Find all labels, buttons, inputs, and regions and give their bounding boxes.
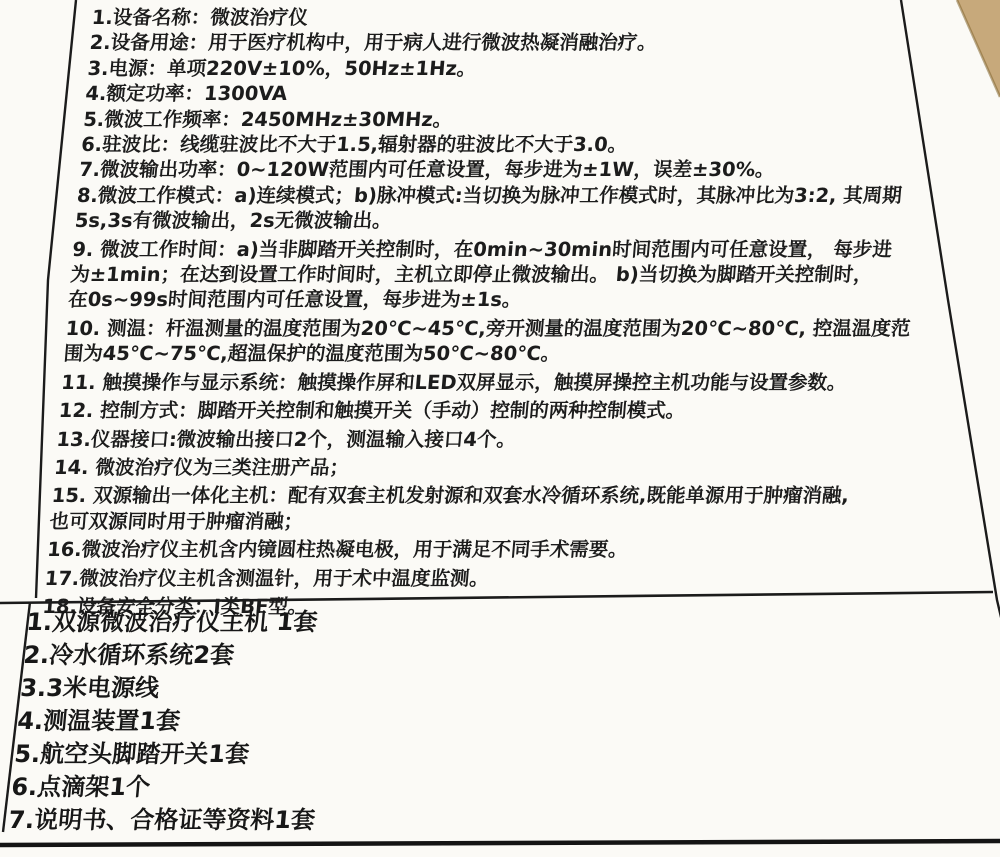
spec-item: 1.设备名称：微波治疗仪 <box>91 5 1000 30</box>
packing-item: 2.冷水循环系统2套 <box>22 639 725 672</box>
packing-item: 6.点滴架1个 <box>10 771 713 804</box>
spec-item: 12. 控制方式：脚踏开关控制和触摸开关（手动）控制的两种控制模式。 <box>58 398 975 423</box>
spec-item: 17.微波治疗仪主机含测温针，用于术中温度监测。 <box>44 566 961 591</box>
packing-item: 7.说明书、合格证等资料1套 <box>7 804 710 837</box>
spec-item: 13.仪器接口:微波输出接口2个，测温输入接口4个。 <box>55 427 972 452</box>
document-page: { "document": { "colors": { "paper": "#f… <box>0 0 1000 857</box>
spec-item: 6.驻波比：线缆驻波比不大于1.5,辐射器的驻波比不大于3.0。 <box>80 132 997 157</box>
spec-item: 15. 双源输出一体化主机：配有双套主机发射源和双套水冷循环系统,既能单源用于肿… <box>49 483 968 534</box>
spec-item: 14. 微波治疗仪为三类注册产品； <box>53 455 970 480</box>
packing-list-section: 1.双源微波治疗仪主机 1套 2.冷水循环系统2套 3.3米电源线 4.测温装置… <box>7 606 728 837</box>
spec-item: 8.微波工作模式：a)连续模式；b)脉冲模式:当切换为脉冲工作模式时，其脉冲比为… <box>74 183 993 234</box>
spec-item: 16.微波治疗仪主机含内镜圆柱热凝电极，用于满足不同手术需要。 <box>46 537 963 562</box>
packing-item: 4.测温装置1套 <box>16 705 719 738</box>
packing-item: 1.双源微波治疗仪主机 1套 <box>25 606 728 639</box>
spec-item: 2.设备用途：用于医疗机构中，用于病人进行微波热凝消融治疗。 <box>89 30 1000 55</box>
spec-item: 5.微波工作频率：2450MHz±30MHz。 <box>82 107 999 132</box>
packing-item: 3.3米电源线 <box>19 672 722 705</box>
spec-item: 10. 测温：杆温测量的温度范围为20℃~45℃,旁开测量的温度范围为20℃~8… <box>63 316 982 367</box>
spec-list-section: 1.设备名称：微波治疗仪 2.设备用途：用于医疗机构中，用于病人进行微波热凝消融… <box>41 5 1000 619</box>
spec-item: 3.电源：单项220V±10%，50Hz±1Hz。 <box>87 56 1000 81</box>
spec-item: 11. 触摸操作与显示系统：触摸操作屏和LED双屏显示，触摸屏操控主机功能与设置… <box>60 370 977 395</box>
table-bottom-border <box>0 841 1000 845</box>
spec-item: 7.微波输出功率：0~120W范围内可任意设置，每步进为±1W，误差±30%。 <box>78 157 995 182</box>
spec-item: 4.额定功率：1300VA <box>84 81 1000 106</box>
packing-item: 5.航空头脚踏开关1套 <box>13 738 716 771</box>
spec-item: 9. 微波工作时间：a)当非脚踏开关控制时，在0min~30min时间范围内可任… <box>67 237 988 313</box>
